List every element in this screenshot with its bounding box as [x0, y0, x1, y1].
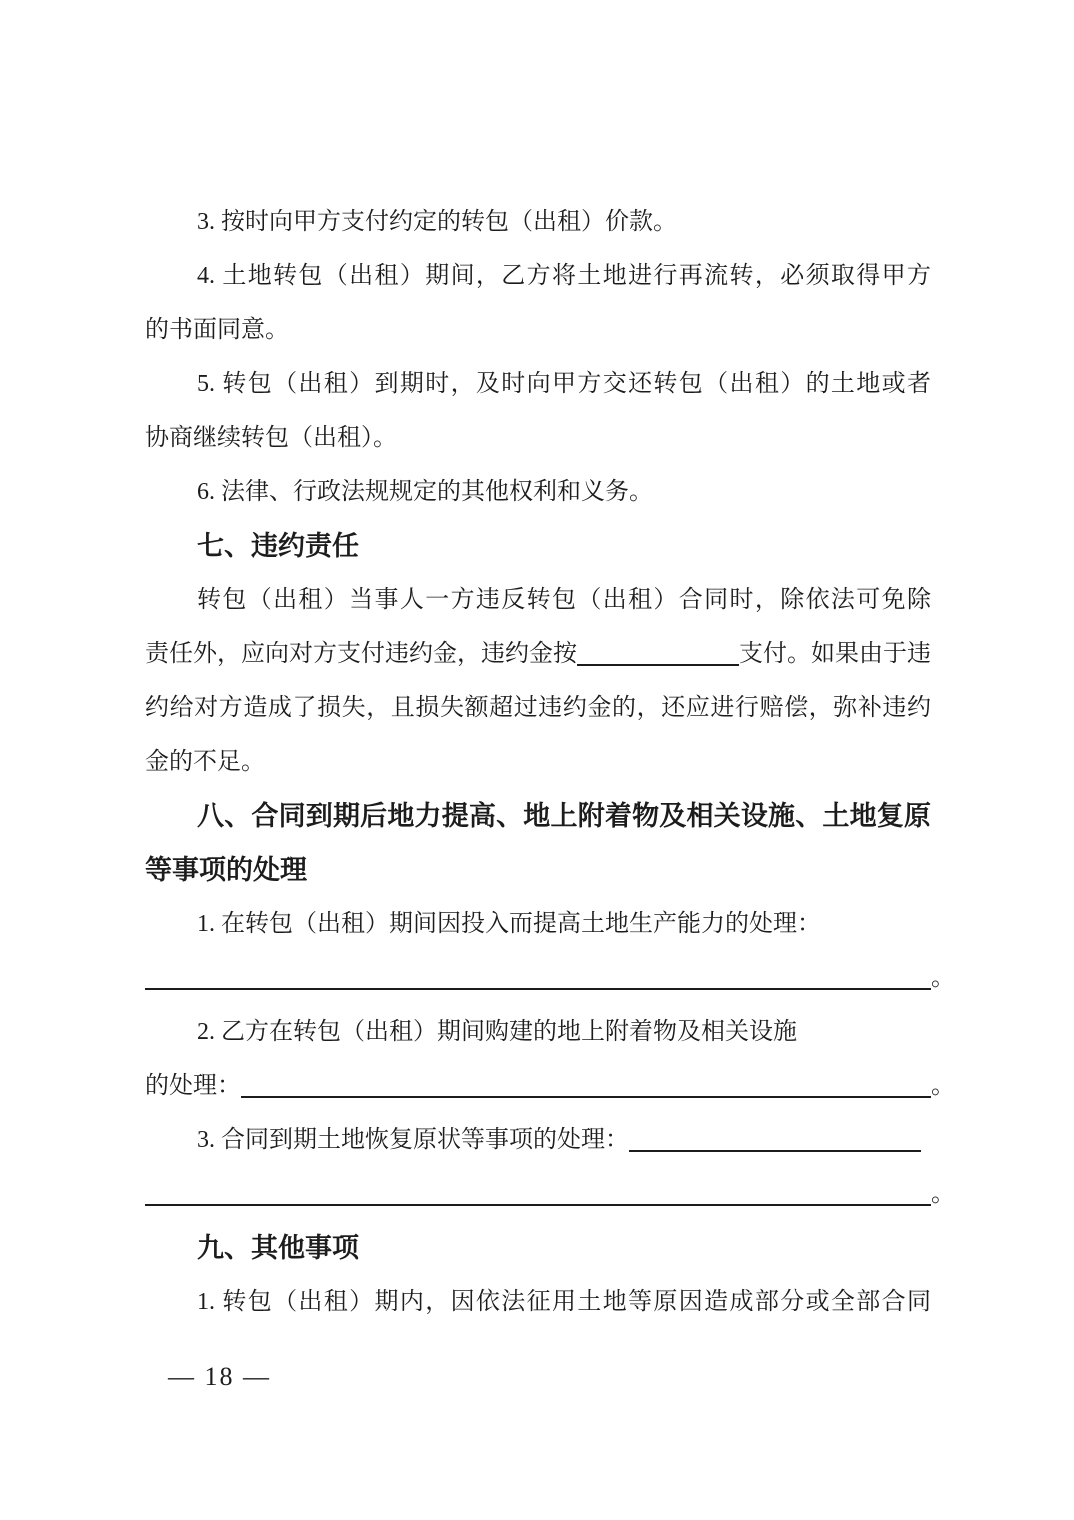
clause-line: 约给对方造成了损失，且损失额超过违约金的，还应进行赔偿，弥补违约	[145, 681, 931, 735]
clause-text: 的处理：	[145, 1059, 241, 1113]
period-mark: 。	[931, 951, 955, 1005]
clause-text: 3. 合同到期土地恢复原状等事项的处理：	[197, 1113, 629, 1167]
period-mark: 。	[931, 1059, 955, 1113]
fill-in-blank-underline	[145, 1204, 931, 1206]
section-9-heading: 九、其他事项	[145, 1221, 931, 1275]
clause-line: 金的不足。	[145, 735, 931, 789]
clause-line: 1. 在转包（出租）期间因投入而提高土地生产能力的处理：	[145, 897, 931, 951]
clause-line-with-blank: 的处理： 。	[145, 1059, 931, 1113]
fill-in-blank-underline	[241, 1096, 931, 1098]
section-8-heading-line-2: 等事项的处理	[145, 843, 931, 897]
clause-line: 3. 按时向甲方支付约定的转包（出租）价款。	[145, 195, 931, 249]
section-7-heading: 七、违约责任	[145, 519, 931, 573]
section-8-heading-line-1: 八、合同到期后地力提高、地上附着物及相关设施、土地复原	[145, 789, 931, 843]
fill-in-blank-underline	[145, 988, 931, 990]
page-number: — 18 —	[168, 1350, 271, 1404]
clause-line: 协商继续转包（出租）。	[145, 411, 931, 465]
blank-answer-line: 。	[145, 951, 931, 1005]
clause-text: 支付。如果由于违	[739, 627, 931, 681]
contract-text-block: 3. 按时向甲方支付约定的转包（出租）价款。 4. 土地转包（出租）期间，乙方将…	[145, 195, 931, 1329]
clause-line: 的书面同意。	[145, 303, 931, 357]
clause-line: 4. 土地转包（出租）期间，乙方将土地进行再流转，必须取得甲方	[145, 249, 931, 303]
clause-text: 责任外，应向对方支付违约金，违约金按	[145, 627, 577, 681]
fill-in-blank-underline	[577, 664, 739, 666]
fill-in-blank-underline	[629, 1150, 921, 1152]
clause-line: 5. 转包（出租）到期时，及时向甲方交还转包（出租）的土地或者	[145, 357, 931, 411]
clause-line-with-blank: 3. 合同到期土地恢复原状等事项的处理：	[145, 1113, 931, 1167]
period-mark: 。	[931, 1167, 955, 1221]
clause-line: 2. 乙方在转包（出租）期间购建的地上附着物及相关设施	[145, 1005, 931, 1059]
document-page: 3. 按时向甲方支付约定的转包（出租）价款。 4. 土地转包（出租）期间，乙方将…	[0, 0, 1074, 1520]
clause-line: 1. 转包（出租）期内，因依法征用土地等原因造成部分或全部合同	[145, 1275, 931, 1329]
blank-answer-line: 。	[145, 1167, 931, 1221]
clause-line-with-blank: 责任外，应向对方支付违约金，违约金按 支付。如果由于违	[145, 627, 931, 681]
clause-line: 6. 法律、行政法规规定的其他权利和义务。	[145, 465, 931, 519]
clause-line: 转包（出租）当事人一方违反转包（出租）合同时，除依法可免除	[145, 573, 931, 627]
